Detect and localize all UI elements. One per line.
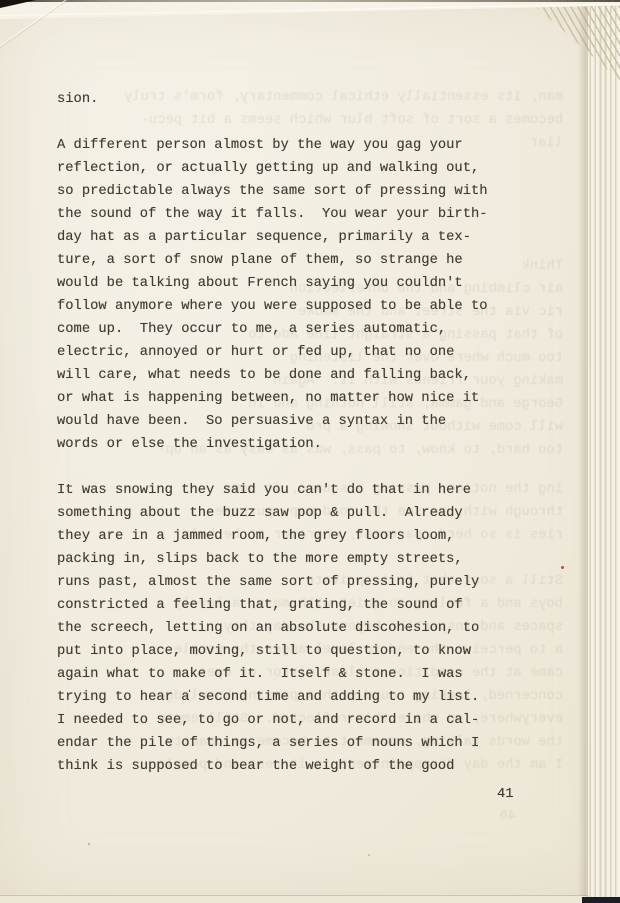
text-line: A different person almost by the way you… [57, 134, 488, 157]
text-line: packing in, slips back to the more empty… [57, 548, 488, 571]
text-line: I needed to see, to go or not, and recor… [57, 709, 488, 732]
bleed-through-line: 46 [499, 805, 516, 828]
text-line: so predictable always the same sort of p… [57, 180, 488, 203]
text-line: the screech, letting on an absolute disc… [57, 617, 488, 640]
fore-edge-pages [586, 0, 620, 903]
text-line: will care, what needs to be done and fal… [57, 364, 488, 387]
text-line: words or else the investigation. [57, 433, 488, 456]
text-line: endar the pile of things, a series of no… [57, 732, 488, 755]
red-ink-speck [561, 566, 564, 569]
page-bottom-edge [0, 896, 586, 903]
page-number: 41 [497, 783, 514, 806]
text-line: again what to make of it. Itself & stone… [57, 663, 488, 686]
text-line: would have been. So persuasive a syntax … [57, 410, 488, 433]
text-line: follow anymore where you were supposed t… [57, 295, 488, 318]
text-line: sion. [57, 88, 488, 111]
text-line: put into place, moving, still to questio… [57, 640, 488, 663]
text-line: come up. They occur to me, a series auto… [57, 318, 488, 341]
text-line: the sound of the way it falls. You wear … [57, 203, 488, 226]
text-line: runs past, almost the same sort of press… [57, 571, 488, 594]
text-line: reflection, or actually getting up and w… [57, 157, 488, 180]
paragraph: sion. [57, 88, 488, 111]
text-line: constricted a feeling that, grating, the… [57, 594, 488, 617]
book-page: man, its essentially ethical commentary,… [0, 0, 620, 903]
text-line: electric, annoyed or hurt or fed up, tha… [57, 341, 488, 364]
text-line: day hat as a particular sequence, primar… [57, 226, 488, 249]
page-right-edge-shadow [578, 0, 588, 903]
paragraph: A different person almost by the way you… [57, 134, 488, 456]
text-body: sion.A different person almost by the wa… [57, 88, 488, 801]
text-line: It was snowing they said you can't do th… [57, 479, 488, 502]
scan-corner-bottom-right [582, 897, 620, 903]
text-line: trying to hear a̍ second time and adding… [57, 686, 488, 709]
text-line: would be talking about French saying you… [57, 272, 488, 295]
text-line: think is supposed to bear the weight of … [57, 755, 488, 778]
paper-speck [88, 843, 90, 845]
text-line: or what is happening between, no matter … [57, 387, 488, 410]
text-line: they are in a jammed room, the grey floo… [57, 525, 488, 548]
paragraph: It was snowing they said you can't do th… [57, 479, 488, 778]
paper-speck [368, 854, 370, 856]
bleed-through-line: Think [522, 255, 563, 278]
text-line: ture, a sort of snow plane of them, so s… [57, 249, 488, 272]
text-line: something about the buzz saw pop & pull.… [57, 502, 488, 525]
bleed-through-line: liar [530, 132, 563, 155]
